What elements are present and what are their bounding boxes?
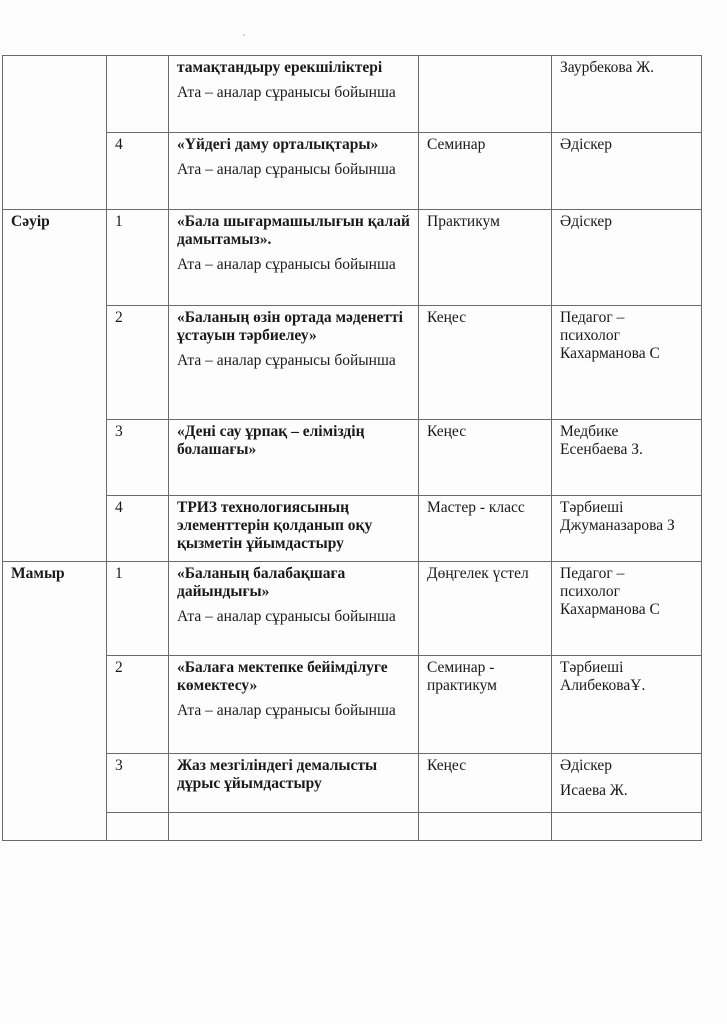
parent-work-plan-table: тамақтандыру ерекшіліктері Ата – аналар …: [2, 55, 702, 841]
form-cell: [419, 56, 552, 133]
responsible-line: Медбике: [560, 423, 695, 441]
topic-cell: «Балаға мектепке бейімділуге көмектесу» …: [169, 656, 419, 754]
topic-cell: «Баланың балабақшаға дайындығы» Ата – ан…: [169, 562, 419, 656]
topic-cell: [169, 813, 419, 841]
table-row: тамақтандыру ерекшіліктері Ата – аналар …: [3, 56, 702, 133]
responsible-cell: Әдіскер: [552, 133, 702, 210]
topic-title: «Бала шығармашылығын қалай дамытамыз».: [177, 213, 412, 249]
responsible-cell: Тәрбиеші Джуманазарова З: [552, 496, 702, 562]
topic-title: ТРИЗ технологиясының элементтерін қолдан…: [177, 499, 412, 553]
form-cell: Семинар: [419, 133, 552, 210]
number-cell: 1: [107, 562, 169, 656]
number-cell: [107, 56, 169, 133]
responsible-cell: Тәрбиеші АлибековаҰ.: [552, 656, 702, 754]
topic-cell: «Баланың өзін ортада мәденетті ұстауын т…: [169, 306, 419, 420]
scanned-document-page: тамақтандыру ерекшіліктері Ата – аналар …: [0, 0, 727, 1024]
responsible-line: АлибековаҰ.: [560, 677, 695, 695]
responsible-cell: Заурбекова Ж.: [552, 56, 702, 133]
topic-title: «Баланың балабақшаға дайындығы»: [177, 565, 412, 601]
number-cell: 2: [107, 656, 169, 754]
responsible-line: Тәрбиеші: [560, 499, 695, 517]
topic-cell: «Бала шығармашылығын қалай дамытамыз». А…: [169, 210, 419, 306]
form-cell: Кеңес: [419, 306, 552, 420]
responsible-line: Заурбекова Ж.: [560, 59, 695, 77]
table-row: Сәуір 1 «Бала шығармашылығын қалай дамыт…: [3, 210, 702, 306]
topic-note: Ата – аналар сұранысы бойынша: [177, 161, 412, 179]
table-row: 3 Жаз мезгіліндегі демалысты дұрыс ұйымд…: [3, 754, 702, 813]
table-row-empty: [3, 813, 702, 841]
table-row: 2 «Баланың өзін ортада мәденетті ұстауын…: [3, 306, 702, 420]
responsible-cell: [552, 813, 702, 841]
form-cell: Мастер - класс: [419, 496, 552, 562]
form-cell: Кеңес: [419, 754, 552, 813]
topic-title: «Үйдегі даму орталықтары»: [177, 136, 412, 154]
responsible-line: Әдіскер: [560, 757, 695, 775]
number-cell: 2: [107, 306, 169, 420]
topic-note: Ата – аналар сұранысы бойынша: [177, 84, 412, 102]
form-cell: Кеңес: [419, 420, 552, 496]
number-cell: 4: [107, 496, 169, 562]
responsible-line: Тәрбиеші: [560, 659, 695, 677]
topic-title: «Баланың өзін ортада мәденетті ұстауын т…: [177, 309, 412, 345]
topic-note: Ата – аналар сұранысы бойынша: [177, 608, 412, 626]
topic-note: Ата – аналар сұранысы бойынша: [177, 352, 412, 370]
responsible-line: психолог: [560, 327, 695, 345]
month-cell: [3, 56, 107, 210]
responsible-line: Әдіскер: [560, 136, 695, 154]
responsible-line: психолог: [560, 583, 695, 601]
table-row: Мамыр 1 «Баланың балабақшаға дайындығы» …: [3, 562, 702, 656]
responsible-cell: Педагог – психолог Кахарманова С: [552, 562, 702, 656]
table-row: 4 ТРИЗ технологиясының элементтерін қолд…: [3, 496, 702, 562]
topic-cell: ТРИЗ технологиясының элементтерін қолдан…: [169, 496, 419, 562]
number-cell: [107, 813, 169, 841]
form-cell: Практикум: [419, 210, 552, 306]
topic-cell: Жаз мезгіліндегі демалысты дұрыс ұйымдас…: [169, 754, 419, 813]
scan-speck: [243, 34, 245, 36]
topic-title: тамақтандыру ерекшіліктері: [177, 59, 412, 77]
topic-note: Ата – аналар сұранысы бойынша: [177, 702, 412, 720]
number-cell: 4: [107, 133, 169, 210]
table-row: 4 «Үйдегі даму орталықтары» Ата – аналар…: [3, 133, 702, 210]
topic-cell: «Дені сау ұрпақ – еліміздің болашағы»: [169, 420, 419, 496]
responsible-line: Педагог –: [560, 309, 695, 327]
responsible-cell: Педагог – психолог Кахарманова С: [552, 306, 702, 420]
responsible-cell: Әдіскер: [552, 210, 702, 306]
table-row: 3 «Дені сау ұрпақ – еліміздің болашағы» …: [3, 420, 702, 496]
responsible-line: Исаева Ж.: [560, 782, 695, 800]
form-cell: [419, 813, 552, 841]
responsible-line: Кахарманова С: [560, 345, 695, 363]
topic-title: Жаз мезгіліндегі демалысты дұрыс ұйымдас…: [177, 757, 412, 793]
topic-title: «Балаға мектепке бейімділуге көмектесу»: [177, 659, 412, 695]
responsible-line: Кахарманова С: [560, 601, 695, 619]
month-cell-may: Мамыр: [3, 562, 107, 841]
responsible-line: Әдіскер: [560, 213, 695, 231]
responsible-cell: Медбике Есенбаева З.: [552, 420, 702, 496]
topic-cell: тамақтандыру ерекшіліктері Ата – аналар …: [169, 56, 419, 133]
responsible-line: Педагог –: [560, 565, 695, 583]
number-cell: 1: [107, 210, 169, 306]
responsible-line: Джуманазарова З: [560, 517, 695, 535]
form-cell: Дөңгелек үстел: [419, 562, 552, 656]
topic-title: «Дені сау ұрпақ – еліміздің болашағы»: [177, 423, 412, 459]
responsible-line: Есенбаева З.: [560, 441, 695, 459]
topic-note: Ата – аналар сұранысы бойынша: [177, 256, 412, 274]
form-cell: Семинар - практикум: [419, 656, 552, 754]
month-cell-april: Сәуір: [3, 210, 107, 562]
topic-cell: «Үйдегі даму орталықтары» Ата – аналар с…: [169, 133, 419, 210]
number-cell: 3: [107, 754, 169, 813]
table-row: 2 «Балаға мектепке бейімділуге көмектесу…: [3, 656, 702, 754]
responsible-cell: Әдіскер Исаева Ж.: [552, 754, 702, 813]
number-cell: 3: [107, 420, 169, 496]
